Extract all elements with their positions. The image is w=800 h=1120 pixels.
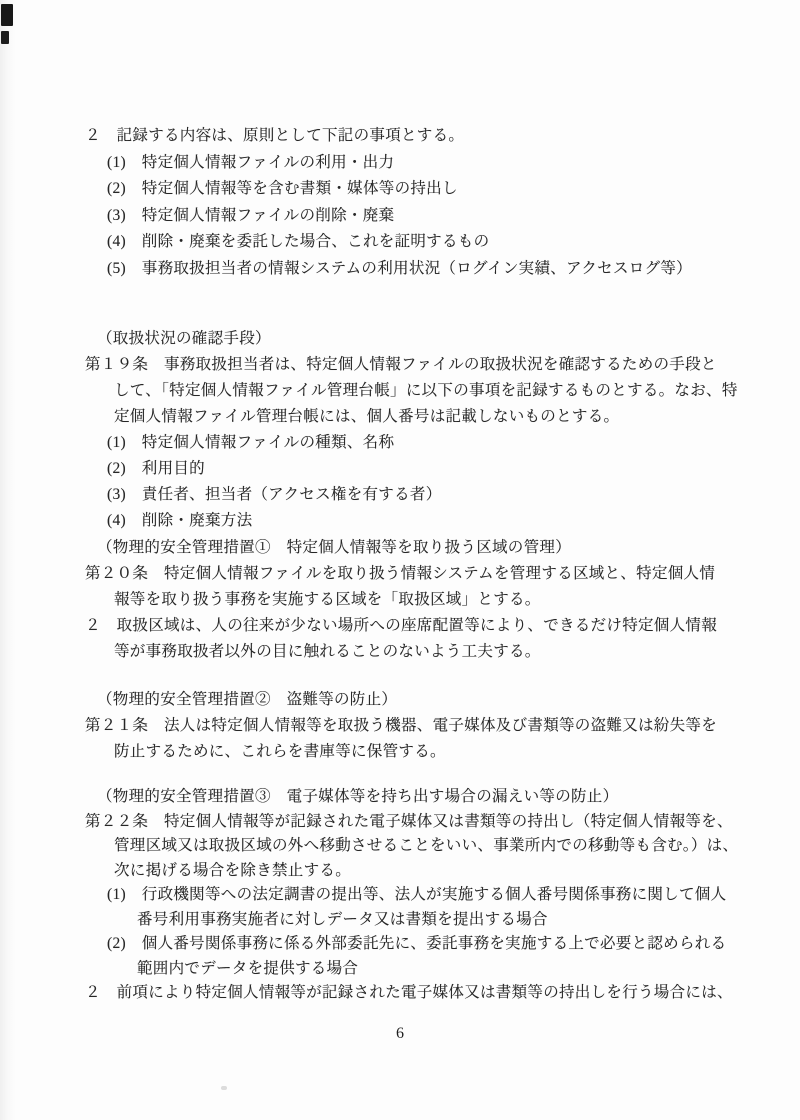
section-article-20: （物理的安全管理措置① 特定個人情報等を取り扱う区域の管理） 第２０条 特定個人… xyxy=(85,535,745,665)
list-item-line: (1) 特定個人情報ファイルの利用・出力 xyxy=(107,150,745,177)
list-item-line: (3) 責任者、担当者（アクセス権を有する者） xyxy=(107,482,745,508)
section-heading: （物理的安全管理措置② 盗難等の防止） xyxy=(97,687,745,713)
section-article-19: （取扱状況の確認手段） 第１９条 事務取扱担当者は、特定個人情報ファイルの取扱状… xyxy=(85,326,745,534)
scan-corner-artifact xyxy=(1,4,13,26)
section-heading: （取扱状況の確認手段） xyxy=(97,326,745,352)
list-item-line: (1) 行政機関等への法定調書の提出等、法人が実施する個人番号関係事務に関して個… xyxy=(107,883,745,908)
list-item-line: (1) 特定個人情報ファイルの種類、名称 xyxy=(107,430,745,456)
paragraph-line: 第２２条 特定個人情報等が記録された電子媒体又は書類等の持出し（特定個人情報等を… xyxy=(85,810,745,835)
scan-corner-artifact xyxy=(1,31,9,44)
list-item-line: (2) 利用目的 xyxy=(107,456,745,482)
paragraph-line: 第２１条 法人は特定個人情報等を取扱う機器、電子媒体及び書類等の盗難又は紛失等を xyxy=(85,713,745,739)
section-article-21: （物理的安全管理措置② 盗難等の防止） 第２１条 法人は特定個人情報等を取扱う機… xyxy=(85,687,745,765)
section-heading: （物理的安全管理措置① 特定個人情報等を取り扱う区域の管理） xyxy=(97,535,745,561)
scan-edge-shadow xyxy=(0,0,16,1120)
list-item-line: (4) 削除・廃棄方法 xyxy=(107,508,745,534)
paragraph-line: 第１９条 事務取扱担当者は、特定個人情報ファイルの取扱状況を確認するための手段と xyxy=(85,352,745,378)
scan-speck-artifact xyxy=(221,1086,227,1090)
list-item-line: (4) 削除・廃棄を委託した場合、これを証明するもの xyxy=(107,229,745,256)
paragraph-line: 管理区域又は取扱区域の外へ移動させることをいい、事業所内での移動等も含む。）は、 xyxy=(114,834,745,859)
paragraph-line: ２ 記録する内容は、原則として下記の事項とする。 xyxy=(85,123,745,150)
list-item-line: (5) 事務取扱担当者の情報システムの利用状況（ログイン実績、アクセスログ等） xyxy=(107,256,745,283)
paragraph-line: 次に掲げる場合を除き禁止する。 xyxy=(114,859,745,884)
paragraph-line: 定個人情報ファイル管理台帳には、個人番号は記載しないものとする。 xyxy=(114,404,745,430)
paragraph-line: して、「特定個人情報ファイル管理台帳」に以下の事項を記録するものとする。なお、特 xyxy=(114,378,745,404)
list-item-line: (2) 特定個人情報等を含む書類・媒体等の持出し xyxy=(107,176,745,203)
list-item-line: (3) 特定個人情報ファイルの削除・廃棄 xyxy=(107,203,745,230)
section-record-contents: ２ 記録する内容は、原則として下記の事項とする。 (1) 特定個人情報ファイルの… xyxy=(85,123,745,282)
list-item-line: (2) 個人番号関係事務に係る外部委託先に、委託事務を実施する上で必要と認められ… xyxy=(107,932,745,957)
list-item-line: 番号利用事務実施者に対しデータ又は書類を提出する場合 xyxy=(137,908,745,933)
paragraph-line: 等が事務取扱者以外の目に触れることのないよう工夫する。 xyxy=(114,639,745,665)
paragraph-line: 防止するために、これらを書庫等に保管する。 xyxy=(114,739,745,765)
section-heading: （物理的安全管理措置③ 電子媒体等を持ち出す場合の漏えい等の防止） xyxy=(97,785,745,810)
paragraph-line: ２ 前項により特定個人情報等が記録された電子媒体又は書類等の持出しを行う場合には… xyxy=(85,981,745,1006)
section-article-22: （物理的安全管理措置③ 電子媒体等を持ち出す場合の漏えい等の防止） 第２２条 特… xyxy=(85,785,745,1006)
page-number: 6 xyxy=(0,1024,800,1044)
list-item-line: 範囲内でデータを提供する場合 xyxy=(137,957,745,982)
paragraph-line: ２ 取扱区域は、人の往来が少ない場所への座席配置等により、できるだけ特定個人情報 xyxy=(85,613,745,639)
paragraph-line: 第２０条 特定個人情報ファイルを取り扱う情報システムを管理する区域と、特定個人情 xyxy=(85,561,745,587)
document-page: ２ 記録する内容は、原則として下記の事項とする。 (1) 特定個人情報ファイルの… xyxy=(0,0,800,1120)
paragraph-line: 報等を取り扱う事務を実施する区域を「取扱区域」とする。 xyxy=(114,587,745,613)
